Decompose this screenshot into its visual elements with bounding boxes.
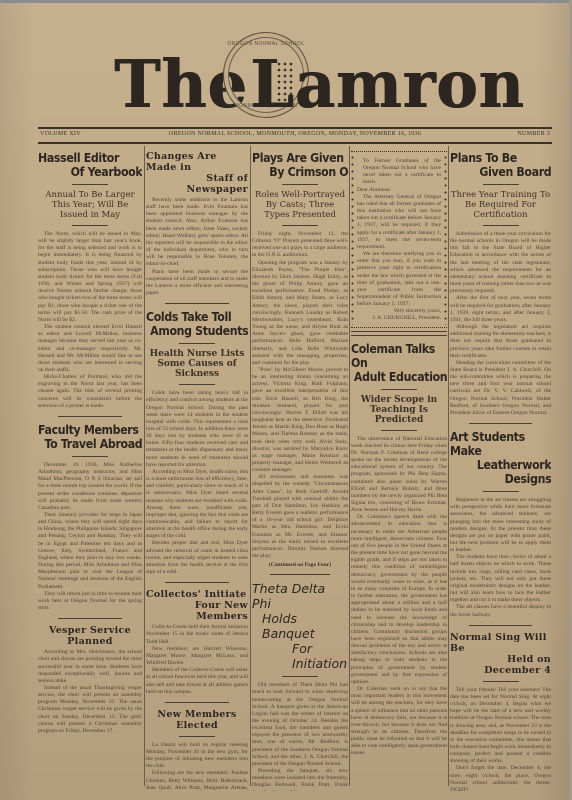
article-body: Friday night, November 13, the Crimson "… [252, 231, 348, 560]
divider [72, 456, 108, 457]
divider [351, 331, 447, 336]
column-rule [349, 146, 350, 786]
deck: Health Nurse Lists Some Causes of Sickne… [146, 349, 248, 379]
headline: Vesper Service Planned [38, 625, 142, 647]
column-4: To Former Graduates of the Oregon Normal… [351, 146, 447, 791]
divider [483, 225, 519, 226]
divider [72, 225, 108, 226]
article-plays: Plays Are Given By Crimson O Roles Well-… [252, 151, 348, 568]
divider [58, 618, 122, 619]
newspaper-page: The OREGON NORMAL SCHOOL MONMOUTH, OREGO… [0, 0, 572, 800]
divider [179, 343, 215, 344]
column-5: Plans To Be Given Board Three Year Train… [450, 146, 551, 791]
divider [165, 303, 228, 304]
article-art: Art Students Make Leatherwork Designs Be… [450, 430, 551, 619]
divider [469, 423, 532, 424]
deck: Annual To Be Larger This Year; Will Be I… [38, 190, 142, 220]
article-body: The Norm, which will be issued in May, w… [38, 231, 142, 410]
column-rule [250, 146, 251, 786]
article-plans: Plans To Be Given Board Three Year Train… [450, 151, 551, 417]
masthead-rule-bottom [38, 142, 552, 144]
headline: Art Students Make Leatherwork Designs [450, 430, 551, 486]
headline: New Members Elected [146, 709, 248, 731]
divider [282, 184, 318, 185]
article-changes: Changes Are Made in Staff of Newspaper R… [146, 151, 248, 297]
masthead: The OREGON NORMAL SCHOOL MONMOUTH, OREGO… [38, 28, 552, 116]
article-collectos: Collectos' Initiate Four New Members Col… [146, 589, 248, 696]
scan-top-edge [0, 0, 572, 3]
article-body: December 19, 1936, Miss Katherine Arbuth… [38, 462, 142, 612]
deck: Wider Scope in Teaching Is Predicted [351, 395, 447, 425]
column-2: Changes Are Made in Staff of Newspaper R… [146, 146, 248, 791]
divider [469, 625, 532, 626]
article-hassell: Hassell Editor Of Yearbook Annual To Be … [38, 151, 142, 410]
column-rule [448, 146, 449, 786]
article-body: Colds have been taking heavy toll in eff… [146, 390, 248, 576]
divider [58, 416, 122, 417]
article-coleman: Coleman Talks On Adult Education Wider S… [351, 342, 447, 758]
headline: Normal Sing Will Be Held on December 4 [450, 632, 551, 676]
notice-body: To Former Graduates of the Oregon Normal… [357, 158, 441, 323]
deck: Three Year Training To Be Required For C… [450, 190, 551, 220]
masthead-rule-top [38, 127, 552, 129]
headline: Hassell Editor Of Yearbook [38, 151, 142, 179]
article-body: Tell your friends! Tell your enemies! Th… [450, 687, 551, 791]
article-body: The observance of National Education wee… [351, 436, 447, 758]
article-colds: Colds Take Toll Among Students Health Nu… [146, 310, 248, 576]
divider [179, 736, 215, 737]
info-strip: VOLUME XIV OREGON NORMAL SCHOOL, MONMOUT… [38, 131, 552, 141]
alumni-notice-box: To Former Graduates of the Oregon Normal… [351, 151, 447, 328]
article-faculty: Faculty Members To Travel Abroad Decembe… [38, 423, 142, 612]
headline: Plays Are Given By Crimson O [252, 151, 348, 179]
dateline: OREGON NORMAL SCHOOL, MONMOUTH, OREGON, … [38, 131, 552, 137]
divider [483, 681, 519, 682]
article-sing: Normal Sing Will Be Held on December 4 T… [450, 632, 551, 791]
divider [381, 430, 417, 431]
article-body: Beginners in the art classes are struggl… [450, 497, 551, 619]
article-vesper: Vesper Service Planned According to Mrs.… [38, 625, 142, 735]
divider [270, 574, 330, 575]
headline: Colds Take Toll Among Students [146, 310, 248, 338]
headline: Coleman Talks On Adult Education [351, 342, 447, 384]
divider [483, 184, 519, 185]
divider [483, 491, 519, 492]
headline: Collectos' Initiate Four New Members [146, 589, 248, 622]
article-theta: Theta Delta Phi Holds Banquet For Initia… [252, 581, 348, 791]
article-body: Submission of a three-year curriculum fo… [450, 231, 551, 417]
column-1: Hassell Editor Of Yearbook Annual To Be … [38, 146, 142, 791]
masthead-title-lamron: Lamron [250, 46, 524, 123]
divider [72, 184, 108, 185]
divider [165, 702, 228, 703]
divider [282, 676, 318, 677]
article-body: Recently some additions to the Lamron st… [146, 197, 248, 297]
column-3: Plays Are Given By Crimson O Roles Well-… [252, 146, 348, 791]
article-body: Old members of Theta Delta Phi had much … [252, 682, 348, 791]
article-new-members: New Members Elected La Danza will hold i… [146, 709, 248, 791]
divider [165, 582, 228, 583]
article-body: La Danza will hold its regular meeting M… [146, 742, 248, 791]
headline: Theta Delta Phi Holds Banquet For Initia… [252, 581, 348, 671]
article-body: Collecto-Coeds held their formal initiat… [146, 624, 248, 696]
deck: Roles Well-Portrayed By Casts; Three Typ… [252, 190, 348, 220]
divider [179, 384, 215, 385]
continued-notice: (Continued on Page Four) [252, 562, 348, 568]
article-body: According to Mrs. Hutchinson, the school… [38, 649, 142, 735]
headline: Faculty Members To Travel Abroad [38, 423, 142, 451]
headline: Plans To Be Given Board [450, 151, 551, 179]
column-rule [144, 146, 145, 786]
divider [282, 225, 318, 226]
issue-number: NUMBER 3 [517, 131, 550, 137]
headline: Changes Are Made in Staff of Newspaper [146, 151, 248, 195]
divider [381, 389, 417, 390]
